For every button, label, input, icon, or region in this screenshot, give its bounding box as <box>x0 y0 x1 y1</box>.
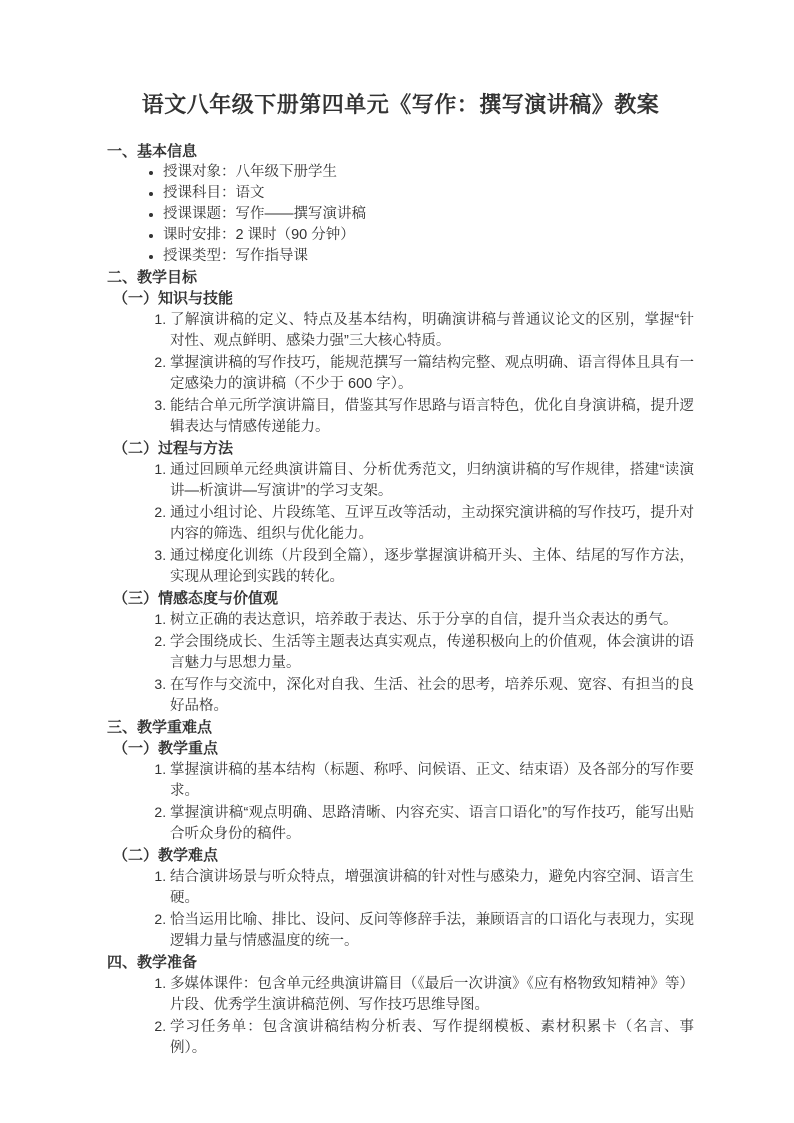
subsection-heading-difficult-points: （二）教学难点 <box>113 845 694 866</box>
section-teaching-preparation: 四、教学准备 多媒体课件：包含单元经典演讲篇目（《最后一次讲演》《应有格物致知精… <box>107 952 694 1059</box>
teaching-preparation-list: 多媒体课件：包含单元经典演讲篇目（《最后一次讲演》《应有格物致知精神》等）片段、… <box>107 973 694 1059</box>
section-key-difficult-points: 三、教学重难点 （一）教学重点 掌握演讲稿的基本结构（标题、称呼、问候语、正文、… <box>107 717 694 952</box>
lesson-plan-document: 语文八年级下册第四单元《写作：撰写演讲稿》教案 一、基本信息 授课对象：八年级下… <box>0 0 794 1123</box>
section-basic-info: 一、基本信息 授课对象：八年级下册学生 授课科目：语文 授课课题：写作——撰写演… <box>107 141 694 267</box>
subsection-heading-process-methods: （二）过程与方法 <box>113 438 694 459</box>
section-teaching-goals: 二、教学目标 （一）知识与技能 了解演讲稿的定义、特点及基本结构，明确演讲稿与普… <box>107 267 694 717</box>
subsection-heading-knowledge-skills: （一）知识与技能 <box>113 288 694 309</box>
numbered-item: 通过回顾单元经典演讲篇目、分析优秀范文，归纳演讲稿的写作规律，搭建“读演讲—析演… <box>170 459 694 502</box>
numbered-item: 结合演讲场景与听众特点，增强演讲稿的针对性与感染力，避免内容空洞、语言生硬。 <box>170 866 694 909</box>
numbered-item: 了解演讲稿的定义、特点及基本结构，明确演讲稿与普通议论文的区别，掌握“针对性、观… <box>170 309 694 352</box>
bullet-item: 授课科目：语文 <box>163 183 694 204</box>
numbered-item: 通过梯度化训练（片段到全篇），逐步掌握演讲稿开头、主体、结尾的写作方法，实现从理… <box>170 545 694 588</box>
numbered-item: 掌握演讲稿的写作技巧，能规范撰写一篇结构完整、观点明确、语言得体且具有一定感染力… <box>170 352 694 395</box>
numbered-item: 恰当运用比喻、排比、设问、反问等修辞手法，兼顾语言的口语化与表现力，实现逻辑力量… <box>170 909 694 952</box>
numbered-item: 掌握演讲稿“观点明确、思路清晰、内容充实、语言口语化”的写作技巧，能写出贴合听众… <box>170 802 694 845</box>
numbered-item: 通过小组讨论、片段练笔、互评互改等活动，主动探究演讲稿的写作技巧，提升对内容的筛… <box>170 502 694 545</box>
bullet-item: 授课对象：八年级下册学生 <box>163 162 694 183</box>
bullet-item: 课时安排：2 课时（90 分钟） <box>163 225 694 246</box>
knowledge-skills-list: 了解演讲稿的定义、特点及基本结构，明确演讲稿与普通议论文的区别，掌握“针对性、观… <box>107 309 694 438</box>
numbered-item: 学会围绕成长、生活等主题表达真实观点，传递积极向上的价值观，体会演讲的语言魅力与… <box>170 631 694 674</box>
bullet-item: 授课课题：写作——撰写演讲稿 <box>163 204 694 225</box>
section-heading-teaching-goals: 二、教学目标 <box>107 267 694 288</box>
key-points-list: 掌握演讲稿的基本结构（标题、称呼、问候语、正文、结束语）及各部分的写作要求。 掌… <box>107 759 694 845</box>
section-heading-basic-info: 一、基本信息 <box>107 141 694 162</box>
bullet-item: 授课类型：写作指导课 <box>163 246 694 267</box>
emotion-values-list: 树立正确的表达意识，培养敢于表达、乐于分享的自信，提升当众表达的勇气。 学会围绕… <box>107 609 694 717</box>
section-heading-key-difficult-points: 三、教学重难点 <box>107 717 694 738</box>
numbered-item: 在写作与交流中，深化对自我、生活、社会的思考，培养乐观、宽容、有担当的良好品格。 <box>170 674 694 717</box>
numbered-item: 树立正确的表达意识，培养敢于表达、乐于分享的自信，提升当众表达的勇气。 <box>170 609 694 631</box>
document-title: 语文八年级下册第四单元《写作：撰写演讲稿》教案 <box>107 88 694 121</box>
numbered-item: 能结合单元所学演讲篇目，借鉴其写作思路与语言特色，优化自身演讲稿，提升逻辑表达与… <box>170 395 694 438</box>
numbered-item: 多媒体课件：包含单元经典演讲篇目（《最后一次讲演》《应有格物致知精神》等）片段、… <box>170 973 694 1016</box>
numbered-item: 掌握演讲稿的基本结构（标题、称呼、问候语、正文、结束语）及各部分的写作要求。 <box>170 759 694 802</box>
subsection-heading-emotion-values: （三）情感态度与价值观 <box>113 588 694 609</box>
process-methods-list: 通过回顾单元经典演讲篇目、分析优秀范文，归纳演讲稿的写作规律，搭建“读演讲—析演… <box>107 459 694 588</box>
subsection-heading-key-points: （一）教学重点 <box>113 738 694 759</box>
basic-info-list: 授课对象：八年级下册学生 授课科目：语文 授课课题：写作——撰写演讲稿 课时安排… <box>107 162 694 267</box>
section-heading-teaching-preparation: 四、教学准备 <box>107 952 694 973</box>
difficult-points-list: 结合演讲场景与听众特点，增强演讲稿的针对性与感染力，避免内容空洞、语言生硬。 恰… <box>107 866 694 952</box>
numbered-item: 学习任务单：包含演讲稿结构分析表、写作提纲模板、素材积累卡（名言、事例）。 <box>170 1016 694 1059</box>
